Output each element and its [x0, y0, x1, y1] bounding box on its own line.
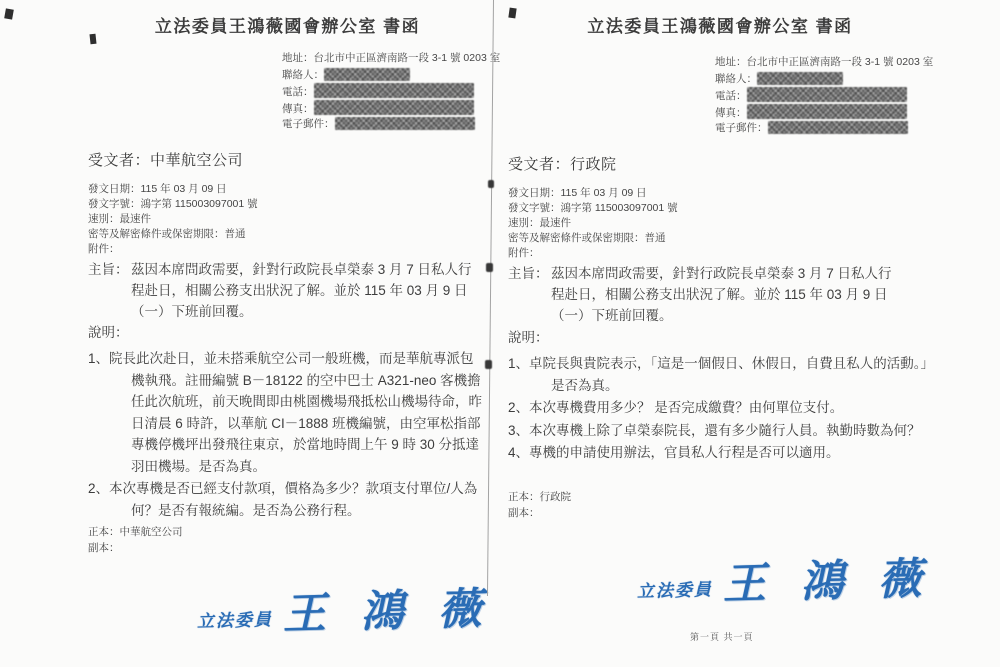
priority-line: 速別：最速件: [88, 212, 258, 227]
redacted-phone: [747, 87, 907, 102]
email-label: 電子郵件：: [282, 118, 335, 130]
list-item: 1、院長此次赴日，並未搭乘航空公司一般班機，而是華航專派包機執飛。註冊編號 B－…: [88, 348, 486, 477]
phone-label: 電話：: [715, 90, 747, 102]
staple-mark: [488, 180, 494, 188]
original-recipient-line: 正本：中華航空公司: [88, 524, 183, 540]
recipient-line: 受文者：行政院: [508, 153, 617, 174]
copy-recipient-line: 副本：: [508, 505, 571, 521]
priority-line: 速別：最速件: [508, 216, 678, 231]
redacted-contact-person: [324, 68, 410, 81]
signature-name: 王 鴻 薇: [282, 588, 494, 637]
letter-title: 立法委員王鴻薇國會辦公室 書函: [505, 12, 935, 37]
subject-paragraph: 主旨： 茲因本席問政需要，針對行政院長卓榮泰 3 月 7 日私人行程赴日，相關公…: [88, 259, 483, 322]
copy-recipient-line: 副本：: [88, 540, 183, 556]
fax-line: 傳真：: [715, 104, 933, 121]
letter-to-china-airlines: 立法委員王鴻薇國會辦公室 書函 地址：台北市中正區濟南路一段 3-1 號 020…: [85, 0, 490, 667]
redacted-fax: [314, 100, 474, 115]
signature-title: 立法委員: [637, 575, 714, 609]
page-number-footer: 第一頁 共一頁: [690, 630, 754, 643]
reference-number-line: 發文字號：鴻字第 115003097001 號: [88, 197, 258, 212]
scan-artifact: [508, 8, 516, 19]
email-line: 電子郵件：: [282, 116, 500, 133]
list-item: 1、卓院長與貴院表示，「這是一個假日、休假日，自費且私人的活動。」是否為真。: [508, 353, 928, 396]
staple-mark: [486, 263, 493, 272]
subject-text: 茲因本席問政需要，針對行政院長卓榮泰 3 月 7 日私人行程赴日，相關公務支出狀…: [551, 263, 903, 326]
contact-person-line: 聯絡人：: [282, 67, 500, 84]
legislator-signature-stamp: 立法委員 王 鴻 薇: [194, 588, 495, 639]
document-meta-block: 發文日期：115 年 03 月 09 日 發文字號：鴻字第 1150030970…: [88, 182, 258, 257]
address-line: 地址：台北市中正區濟南路一段 3-1 號 0203 室: [282, 50, 500, 67]
fax-line: 傳真：: [282, 100, 500, 117]
sender-contact-block: 地址：台北市中正區濟南路一段 3-1 號 0203 室 聯絡人： 電話： 傳真：…: [715, 54, 933, 137]
original-recipient-line: 正本：行政院: [508, 489, 571, 505]
subject-text: 茲因本席問政需要，針對行政院長卓榮泰 3 月 7 日私人行程赴日，相關公務支出狀…: [131, 259, 478, 322]
redacted-phone: [314, 83, 474, 98]
classification-line: 密等及解密條件或保密期限：普通: [508, 231, 678, 246]
email-line: 電子郵件：: [715, 120, 933, 137]
phone-line: 電話：: [282, 83, 500, 100]
recipient-line: 受文者：中華航空公司: [88, 149, 243, 170]
classification-line: 密等及解密條件或保密期限：普通: [88, 227, 258, 242]
attachment-line: 附件：: [508, 246, 678, 261]
staple-mark: [485, 360, 492, 369]
distribution-block: 正本：行政院 副本：: [508, 489, 571, 521]
explanation-label: 說明：: [508, 326, 549, 346]
reference-number-line: 發文字號：鴻字第 115003097001 號: [508, 201, 678, 216]
scan-artifact: [4, 8, 14, 19]
legislator-signature-stamp: 立法委員 王 鴻 薇: [634, 558, 935, 609]
issue-date-line: 發文日期：115 年 03 月 09 日: [508, 186, 678, 201]
document-meta-block: 發文日期：115 年 03 月 09 日 發文字號：鴻字第 1150030970…: [508, 186, 678, 261]
subject-paragraph: 主旨： 茲因本席問政需要，針對行政院長卓榮泰 3 月 7 日私人行程赴日，相關公…: [508, 263, 928, 326]
contact-person-label: 聯絡人：: [715, 73, 757, 85]
phone-line: 電話：: [715, 87, 933, 104]
redacted-contact-person: [757, 72, 843, 85]
redacted-email: [768, 121, 908, 134]
redacted-email: [335, 117, 475, 130]
explanation-list: 1、院長此次赴日，並未搭乘航空公司一般班機，而是華航專派包機執飛。註冊編號 B－…: [88, 348, 486, 522]
letter-to-executive-yuan: 立法委員王鴻薇國會辦公室 書函 地址：台北市中正區濟南路一段 3-1 號 020…: [505, 0, 935, 667]
address-line: 地址：台北市中正區濟南路一段 3-1 號 0203 室: [715, 54, 933, 71]
explanation-label: 說明：: [88, 321, 129, 341]
fax-label: 傳真：: [715, 107, 747, 119]
contact-person-line: 聯絡人：: [715, 71, 933, 88]
signature-name: 王 鴻 薇: [722, 558, 934, 607]
attachment-line: 附件：: [88, 242, 258, 257]
list-item: 4、專機的申請使用辦法，官員私人行程是否可以適用。: [508, 442, 928, 464]
signature-title: 立法委員: [197, 605, 274, 639]
list-item: 2、本次專機是否已經支付款項，價格為多少？款項支付單位/人為何？是否有報統編。是…: [88, 478, 486, 521]
issue-date-line: 發文日期：115 年 03 月 09 日: [88, 182, 258, 197]
sender-contact-block: 地址：台北市中正區濟南路一段 3-1 號 0203 室 聯絡人： 電話： 傳真：…: [282, 50, 500, 133]
subject-label: 主旨：: [508, 263, 551, 326]
explanation-list: 1、卓院長與貴院表示，「這是一個假日、休假日，自費且私人的活動。」是否為真。 2…: [508, 353, 928, 465]
letter-title: 立法委員王鴻薇國會辦公室 書函: [85, 12, 490, 37]
email-label: 電子郵件：: [715, 122, 768, 134]
list-item: 2、本次專機費用多少？ 是否完成繳費？由何單位支付。: [508, 397, 928, 419]
scan-artifact: [89, 34, 96, 45]
contact-person-label: 聯絡人：: [282, 69, 324, 81]
distribution-block: 正本：中華航空公司 副本：: [88, 524, 183, 556]
list-item: 3、本次專機上除了卓榮泰院長，還有多少隨行人員。執勤時數為何？: [508, 420, 928, 442]
redacted-fax: [747, 104, 907, 119]
fax-label: 傳真：: [282, 103, 314, 115]
phone-label: 電話：: [282, 86, 314, 98]
subject-label: 主旨：: [88, 259, 131, 322]
